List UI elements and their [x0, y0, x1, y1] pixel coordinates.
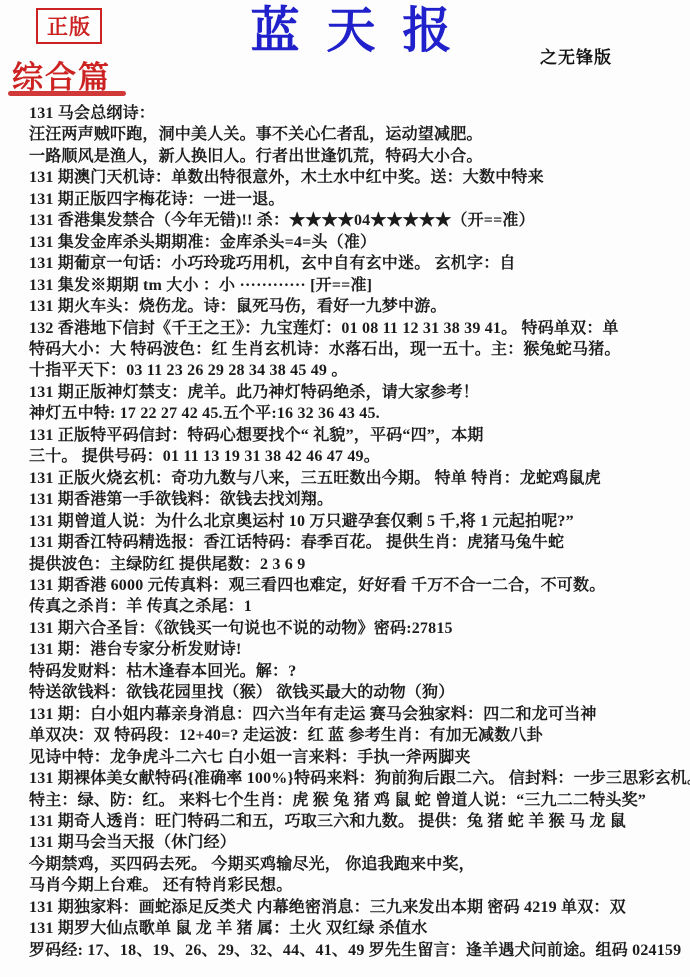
report-line: 131 集发※期期 tm 大小 ：小 ············ [开==准] — [29, 275, 689, 296]
report-line: 131 期：港台专家分析发财诗! — [29, 639, 689, 660]
report-line: 131 期独家料：画蛇添足反类犬 内幕绝密消息：三九来发出本期 密码 4219 … — [29, 897, 689, 918]
report-line: 131 期罗大仙点歌单 鼠 龙 羊 猪 属：土火 双红绿 杀值水 — [29, 918, 689, 939]
report-line: 提供波色：主绿防红 提供尾数：2 3 6 9 — [29, 554, 689, 575]
report-line: 神灯五中特: 17 22 27 42 45.五个平:16 32 36 43 45… — [29, 403, 689, 424]
report-line: 131 期六合圣旨：《欲钱买一句说也不说的动物》密码:27815 — [29, 618, 689, 639]
report-line: 131 期：白小姐内幕亲身消息：四六当年有走运 赛马会独家料：四二和龙可当神 — [29, 704, 689, 725]
report-line: 131 期葡京一句话：小巧玲珑巧用机，玄中自有玄中迷。 玄机字：自 — [29, 253, 689, 274]
report-line: 131 期曾道人说：为什么北京奥运村 10 万只避孕套仅剩 5 千,将 1 元起… — [29, 511, 689, 532]
report-line: 131 期奇人透肖：旺门特码二和五，巧取三六和九数。 提供：兔 猪 蛇 羊 猴 … — [29, 811, 689, 832]
report-line: 罗码经: 17、18、19、26、29、32、44、41、49 罗先生留言：逢羊… — [29, 940, 689, 961]
report-line: 特码大小：大 特码波色：红 生肖玄机诗：水落石出，现一五十。主：猴兔蛇马猪。 — [29, 339, 689, 360]
report-line: 132 香港地下信封《千王之王》：九宝莲灯：01 08 11 12 31 38 … — [29, 318, 689, 339]
report-line: 单双决：双 特码段：12+40=? 走运波：红 蓝 参考生肖：有加无减数八卦 — [29, 725, 689, 746]
report-line: 传真之杀肖：羊 传真之杀尾：1 — [29, 596, 689, 617]
newspaper-page: 正版 蓝天报 之无锋版 综合篇 131 马会总纲诗：汪汪两声贼吓跑，洞中美人关。… — [0, 0, 690, 977]
report-line: 131 集发金库杀头期期准：金库杀头=4=头（准） — [29, 232, 689, 253]
report-line: 131 马会总纲诗： — [29, 103, 689, 124]
edition-label: 之无锋版 — [540, 43, 612, 68]
report-line: 131 期正版神灯禁支：虎羊。此乃神灯特码绝杀，请大家参考！ — [29, 382, 689, 403]
section-underline — [8, 91, 126, 96]
report-line: 131 期香港第一手欲钱料：欲钱去找刘翔。 — [29, 489, 689, 510]
report-line: 特送欲钱料：欲钱花园里找（猴） 欲钱买最大的动物（狗） — [29, 682, 689, 703]
report-line: 131 期澳门天机诗：单数出特很意外，木土水中红中奖。送：大数中特来 — [29, 167, 689, 188]
report-line: 131 期正版四字梅花诗：一进一退。 — [29, 189, 689, 210]
report-line: 131 期裸体美女献特码{准确率 100%}特码来料：狗前狗后跟二六。 信封料：… — [29, 768, 689, 789]
report-line: 马肖今期上台难。 还有特肖彩民想。 — [29, 875, 689, 896]
report-line: 特码发财料：枯木逢春本回光。解：? — [29, 661, 689, 682]
report-line: 131 正版特平码信封：特码心想要找个“ 礼貌”，平码“四”，本期 — [29, 425, 689, 446]
report-line: 131 香港集发禁合（今年无错)!! 杀：★★★★04★★★★★（开==准） — [29, 210, 689, 231]
report-body: 131 马会总纲诗：汪汪两声贼吓跑，洞中美人关。事不关心仁者乱，运动望减肥。一路… — [29, 103, 689, 961]
report-line: 131 期火车头：烧伤龙。诗：鼠死马伤，看好一九梦中游。 — [29, 296, 689, 317]
report-line: 131 期马会当天报（休门经） — [29, 832, 689, 853]
report-line: 汪汪两声贼吓跑，洞中美人关。事不关心仁者乱，运动望减肥。 — [29, 124, 689, 145]
report-line: 131 正版火烧玄机：奇功九数与八来，三五旺数出今期。 特单 特肖：龙蛇鸡鼠虎 — [29, 468, 689, 489]
report-line: 见诗中特：龙争虎斗二六七 白小姐一言来料：手执一斧两脚夹 — [29, 747, 689, 768]
report-line: 十指平天下：03 11 23 26 29 28 34 38 45 49 。 — [29, 360, 689, 381]
report-line: 131 期香港 6000 元传真料：观三看四也难定，好好看 千万不合一二合，不可… — [29, 575, 689, 596]
report-line: 特主：绿、防：红。 来料七个生肖：虎 猴 兔 猪 鸡 鼠 蛇 曾道人说：“三九二… — [29, 790, 689, 811]
report-line: 今期禁鸡，买四码去死。 今期买鸡输尽光， 你追我跑来中奖， — [29, 854, 689, 875]
report-line: 一路顺风是渔人，新人换旧人。行者出世逢饥荒，特码大小合。 — [29, 146, 689, 167]
report-line: 三十。 提供号码：01 11 13 19 31 38 42 46 47 49。 — [29, 446, 689, 467]
report-line: 131 期香江特码精选报：香江话特码：春季百花。 提供生肖：虎猪马兔牛蛇 — [29, 532, 689, 553]
